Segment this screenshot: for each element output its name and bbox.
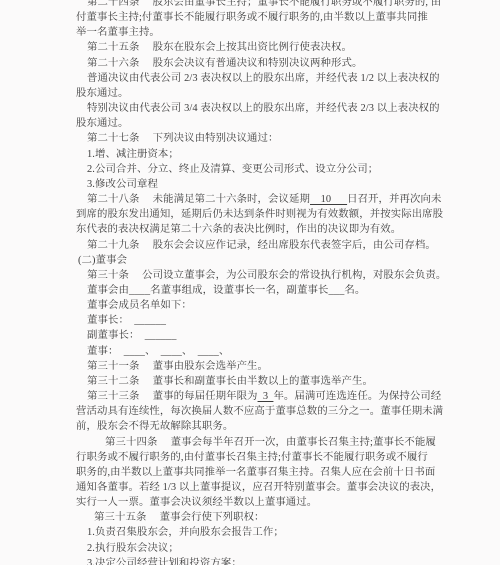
text-line: 特别决议由代表公司 3/4 表决权以上的股东出席，并经代表 2/3 以上表决权的: [76, 101, 428, 116]
text-line: 股东通过。: [76, 86, 428, 101]
document-text: 第二十四条 股东会由董事长主持；董事长不能履行职务或不履行职务的, 由付董事长主…: [0, 0, 500, 565]
text-line: 职务的,由半数以上董事共同推举一名董事召集主持。召集人应在会前十日书面: [76, 465, 428, 480]
text-line: 2.执行股东会决议；: [76, 541, 428, 556]
text-line: (二)董事会: [76, 253, 428, 268]
text-line: 第三十二条 董事长和副董事长由半数以上的董事选举产生。: [76, 374, 428, 389]
text-line: 1.负责召集股东会，并向股东会报告工作；: [76, 525, 428, 540]
text-line: 3.修改公司章程: [76, 177, 428, 192]
document-page: 第二十四条 股东会由董事长主持；董事长不能履行职务或不履行职务的, 由付董事长主…: [0, 0, 500, 565]
text-line: 实行一人一票。董事会决议须经半数以上董事通过。: [76, 495, 428, 510]
text-line: 3.决定公司经营计划和投资方案；: [76, 556, 428, 565]
text-line: 普通决议由代表公司 2/3 表决权以上的股东出席，并经代表 1/2 以上表决权的: [76, 71, 428, 86]
text-line: 第二十五条 股东在股东会上按其出资比例行使表决权。: [76, 40, 428, 55]
text-line: 第三十五条 董事会行使下列职权：: [76, 510, 428, 525]
text-line: 第三十四条 董事会每半年召开一次，由董事长召集主持;董事长不能履: [76, 435, 428, 450]
text-line: 2.公司合并、分立、终止及清算、变更公司形式、设立分公司；: [76, 162, 428, 177]
text-line: 副董事长： ______: [76, 328, 428, 343]
text-line: 到席的股东发出通知，延期后仍未达到条件时则视为有效数额，并按实际出席股: [76, 207, 428, 222]
filled-blank: 3: [258, 391, 274, 402]
text-line: 第二十四条 股东会由董事长主持；董事长不能履行职务或不履行职务的, 由: [76, 0, 428, 10]
text-line: 第二十八条 未能满足第二十六条时，会议延期 10 日召开，并再次向未: [76, 192, 428, 207]
text-line: 董事会由____名董事组成，设董事长一名，副董事长___名。: [76, 283, 428, 298]
text-line: 第二十九条 股东会会议应作记录，经出席股东代表签字后，由公司存档。: [76, 238, 428, 253]
text-line: 举一名董事主持。: [76, 25, 428, 40]
text-line: 第二十六条 股东会决议有普通决议和特别决议两种形式。: [76, 56, 428, 71]
text-line: 行职务或不履行职务的,由付董事长召集主持;付董事长不能履行职务或不履行: [76, 450, 428, 465]
text-line: 前，股东会不得无故解除其职务。: [76, 419, 428, 434]
text-line: 第二十七条 下列决议由特别决议通过：: [76, 131, 428, 146]
text-line: 第三十三条 董事的每届任期年限为 3 年。届满可连选连任。为保持公司经: [76, 389, 428, 404]
filled-blank: 10: [310, 194, 347, 205]
text-line: 付董事长主持;付董事长不能履行职务或不履行职务的,由半数以上董事共同推: [76, 10, 428, 25]
text-line: 董事长： ______: [76, 313, 428, 328]
text-line: 东代表的表决权满足第二十六条的表决比例时，作出的决议即为有效。: [76, 222, 428, 237]
text-line: 董事： ____、 ____、 ____、: [76, 344, 428, 359]
text-line: 1.增、减注册资本；: [76, 147, 428, 162]
text-line: 董事会成员名单如下：: [76, 298, 428, 313]
text-line: 营活动具有连续性，每次换届人数不应高于董事总数的三分之一。董事任期未满: [76, 404, 428, 419]
text-line: 第三十条 公司设立董事会，为公司股东会的常设执行机构，对股东会负责。: [76, 268, 428, 283]
text-line: 股东通过。: [76, 116, 428, 131]
text-line: 第三十一条 董事由股东会选举产生。: [76, 359, 428, 374]
text-line: 通知各董事。若经 1/3 以上董事提议，应召开特别董事会。董事会决议的表决，: [76, 480, 428, 495]
